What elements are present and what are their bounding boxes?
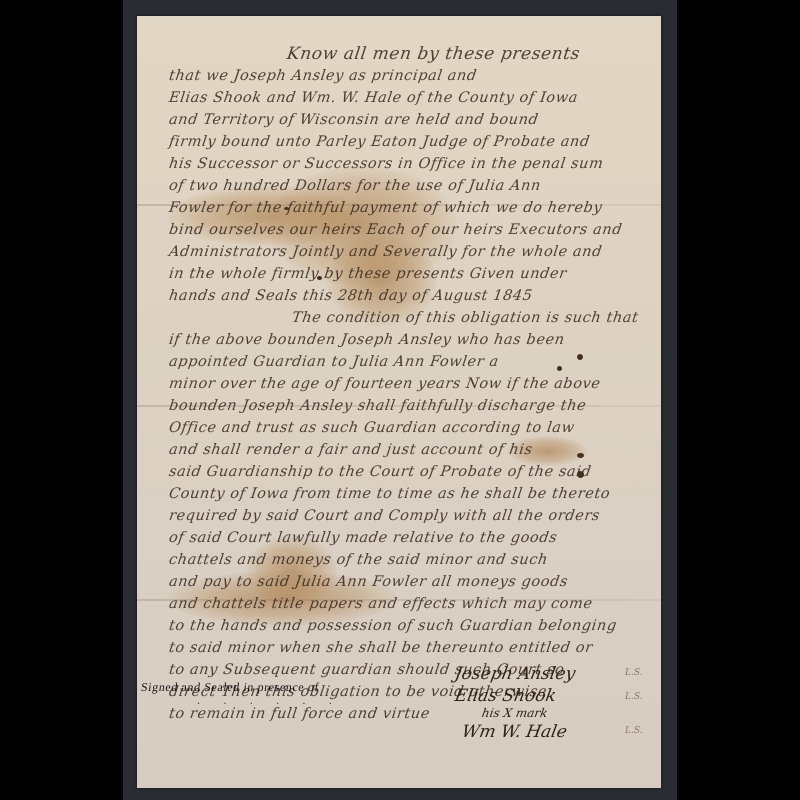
condition-line: bounden Joseph Ansley shall faithfully d…: [168, 398, 588, 414]
condition-line: Office and trust as such Guardian accord…: [168, 420, 576, 436]
seal-mark: L.S.: [625, 692, 643, 702]
condition-line: and pay to said Julia Ann Fowler all mon…: [168, 574, 569, 590]
condition-line: The condition of this obligation is such…: [291, 310, 640, 326]
body-line: in the whole firmly by these presents Gi…: [168, 266, 568, 282]
signature-joseph-ansley: Joseph Ansley: [453, 664, 577, 684]
body-line: of two hundred Dollars for the use of Ju…: [168, 178, 542, 194]
condition-line: of said Court lawfully made relative to …: [168, 530, 558, 546]
body-line: firmly bound unto Parley Eaton Judge of …: [168, 134, 591, 150]
document-text: Know all men by these presents that we J…: [137, 16, 661, 788]
condition-line: minor over the age of fourteen years Now…: [168, 376, 602, 392]
document-paper: Know all men by these presents that we J…: [137, 16, 661, 788]
signature-elias-shook: Elias Shook: [453, 686, 557, 706]
condition-line: required by said Court and Comply with a…: [168, 508, 601, 524]
signature-mark: his X mark: [481, 706, 549, 720]
seal-mark: L.S.: [625, 726, 643, 736]
body-line: and Territory of Wisconsin are held and …: [168, 112, 540, 128]
condition-line: if the above bounden Joseph Ansley who h…: [168, 332, 566, 348]
witness-marks: · · · · · ·: [197, 699, 342, 710]
condition-line: said Guardianship to the Court of Probat…: [168, 464, 593, 480]
signature-wm-hale: Wm W. Hale: [460, 722, 568, 742]
condition-line: and chattels title papers and effects wh…: [168, 596, 594, 612]
condition-line: County of Iowa from time to time as he s…: [168, 486, 611, 502]
body-line: Elias Shook and Wm. W. Hale of the Count…: [168, 90, 579, 106]
condition-line: to said minor when she shall be thereunt…: [168, 640, 594, 656]
body-line: that we Joseph Ansley as principal and: [168, 68, 478, 84]
body-line: Administrators Jointly and Severally for…: [168, 244, 603, 260]
document-heading: Know all men by these presents: [286, 44, 582, 64]
condition-line: to the hands and possession of such Guar…: [168, 618, 618, 634]
body-line: bind ourselves our heirs Each of our hei…: [168, 222, 623, 238]
body-line: hands and Seals this 28th day of August …: [168, 288, 534, 304]
attestation-text: Signed and Sealed in presence of: [140, 680, 320, 695]
condition-line: appointed Guardian to Julia Ann Fowler a: [168, 354, 500, 370]
body-line: Fowler for the faithful payment of which…: [168, 200, 603, 216]
condition-line: chattels and moneys of the said minor an…: [168, 552, 549, 568]
condition-line: and shall render a fair and just account…: [168, 442, 534, 458]
body-line: his Successor or Successors in Office in…: [168, 156, 605, 172]
seal-mark: L.S.: [625, 668, 643, 678]
